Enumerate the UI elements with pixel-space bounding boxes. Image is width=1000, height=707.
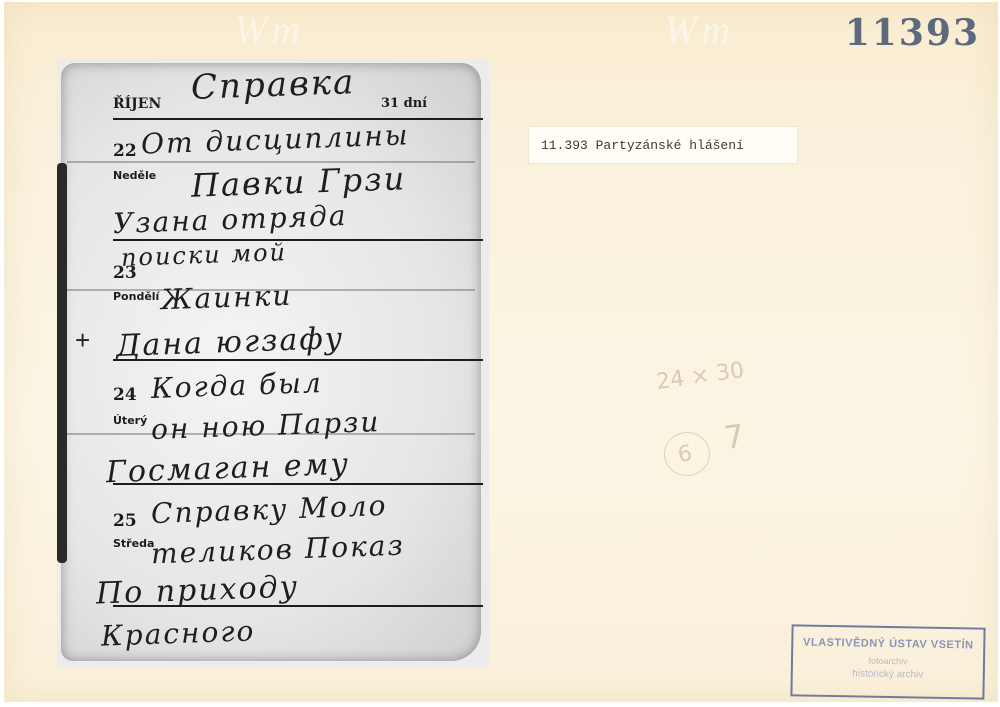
stamp-line: fotoarchiv [793,654,983,667]
handwriting-line: Узана отряда [112,199,348,240]
day-name: Středa [113,537,154,550]
calendar-days-count: 31 dní [381,96,427,111]
day-name: Úterý [113,414,147,427]
stamp-institution: VLASTIVĚDNÝ ÚSTAV VSETÍN [793,636,983,651]
handwriting-line: От дисциплины [141,118,411,160]
handwriting-line: По приходу [95,569,299,611]
stamp-line: historický archiv [793,667,983,681]
pencil-dimensions-note: 24 × 30 [655,358,746,395]
handwriting-line: Справка [190,62,356,108]
rule-line [113,118,483,120]
rule-line [113,239,483,241]
watermark: Wm [664,6,734,53]
handwriting-line: Красного [100,614,255,652]
institution-stamp: VLASTIVĚDNÝ ÚSTAV VSETÍN fotoarchiv hist… [790,624,985,699]
pencil-mark: 7 [721,417,746,457]
day-name: Pondělí [113,290,159,303]
handwriting-line: Когда был [150,366,323,405]
day-name: Neděle [113,169,156,182]
caption-label: 11.393 Partyzánské hlášení [528,126,798,164]
day-number: 22 [113,141,137,161]
calendar-month: ŘÍJEN [113,96,161,112]
handwriting-line: Справку Моло [150,489,387,530]
handwriting-line: Павки Грзи [190,159,406,204]
handwriting-line: он ною Парзи [150,405,380,446]
day-number: 24 [113,385,137,405]
day-number: 25 [113,511,137,531]
watermark: Wm [234,6,304,53]
archive-card: Wm Wm 11393 11.393 Partyzánské hlášení Ř… [4,2,998,702]
document-photograph: ŘÍJEN 31 dní 22 Neděle 23 Pondělí 24 Úte… [57,59,489,668]
fold-line [67,161,475,163]
calendar-page: ŘÍJEN 31 dní 22 Neděle 23 Pondělí 24 Úte… [61,63,481,661]
handwriting-line: Жаинки [160,279,292,317]
handwriting-line: теликов Показ [151,529,406,571]
margin-mark: + [75,325,90,356]
catalog-number: 11393 [845,12,980,54]
handwriting-line: Дана югзафу [115,321,344,364]
handwriting-line: поиски мой [121,238,288,272]
